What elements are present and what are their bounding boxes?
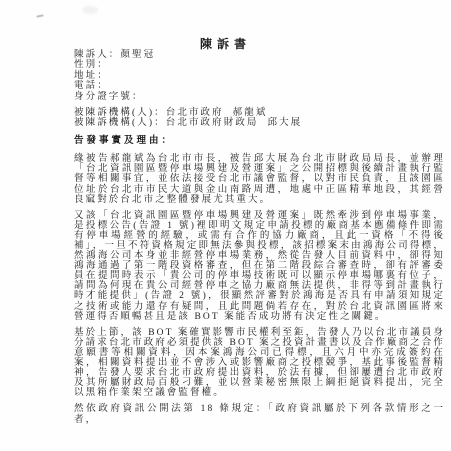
complaint-document-page: 陳訴書 陳訴人：顏聖冠 性別： 地址： 電話： 身分證字號： 被陳訴機構(人)：… xyxy=(0,0,451,451)
complaint-paragraphs: 緣被告郝龍斌為台北市市長，被告邱大展為台北市財政局局長，並辦理「台北資訊園區暨停… xyxy=(74,154,445,424)
complainant-info-block: 陳訴人：顏聖冠 性別： 地址： 電話： 身分證字號： xyxy=(74,50,445,102)
complainant-info-line: 電話： xyxy=(74,81,445,91)
respondent-info-block: 被陳訴機構(人)：台北市政府 郝龍斌 被陳訴機構(人)：台北市政府財政局 邱大展 xyxy=(74,108,445,129)
complaint-paragraph: 緣被告郝龍斌為台北市市長，被告邱大展為台北市財政局局長，並辦理「台北資訊園區暨停… xyxy=(74,154,445,204)
complainant-info-line: 陳訴人：顏聖冠 xyxy=(74,50,445,60)
complaint-paragraph: 又該「台北資訊園區暨停車場興建及營運案」既然牽涉到停車場事業，是投標公告(告證 … xyxy=(74,211,445,322)
document-body: 陳訴人：顏聖冠 性別： 地址： 電話： 身分證字號： 被陳訴機構(人)：台北市政… xyxy=(74,46,445,431)
complainant-info-line: 身分證字號： xyxy=(74,92,445,102)
section-heading: 告發事實及理由： xyxy=(74,136,445,146)
document-title: 陳訴書 xyxy=(0,0,451,52)
complaint-paragraph: 基於上節，該 BOT 案確實影響市民權利至鉅，告發人乃以台北市議員身分請求台北市… xyxy=(74,328,445,399)
complaint-paragraph: 然依政府資訊公開法第 18 條規定：「政府資訊屬於下列各款情形之一者， xyxy=(74,404,445,424)
respondent-info-line: 被陳訴機構(人)：台北市政府財政局 邱大展 xyxy=(74,118,445,128)
complainant-info-line: 地址： xyxy=(74,71,445,81)
complainant-info-line: 性別： xyxy=(74,60,445,70)
respondent-info-line: 被陳訴機構(人)：台北市政府 郝龍斌 xyxy=(74,108,445,118)
